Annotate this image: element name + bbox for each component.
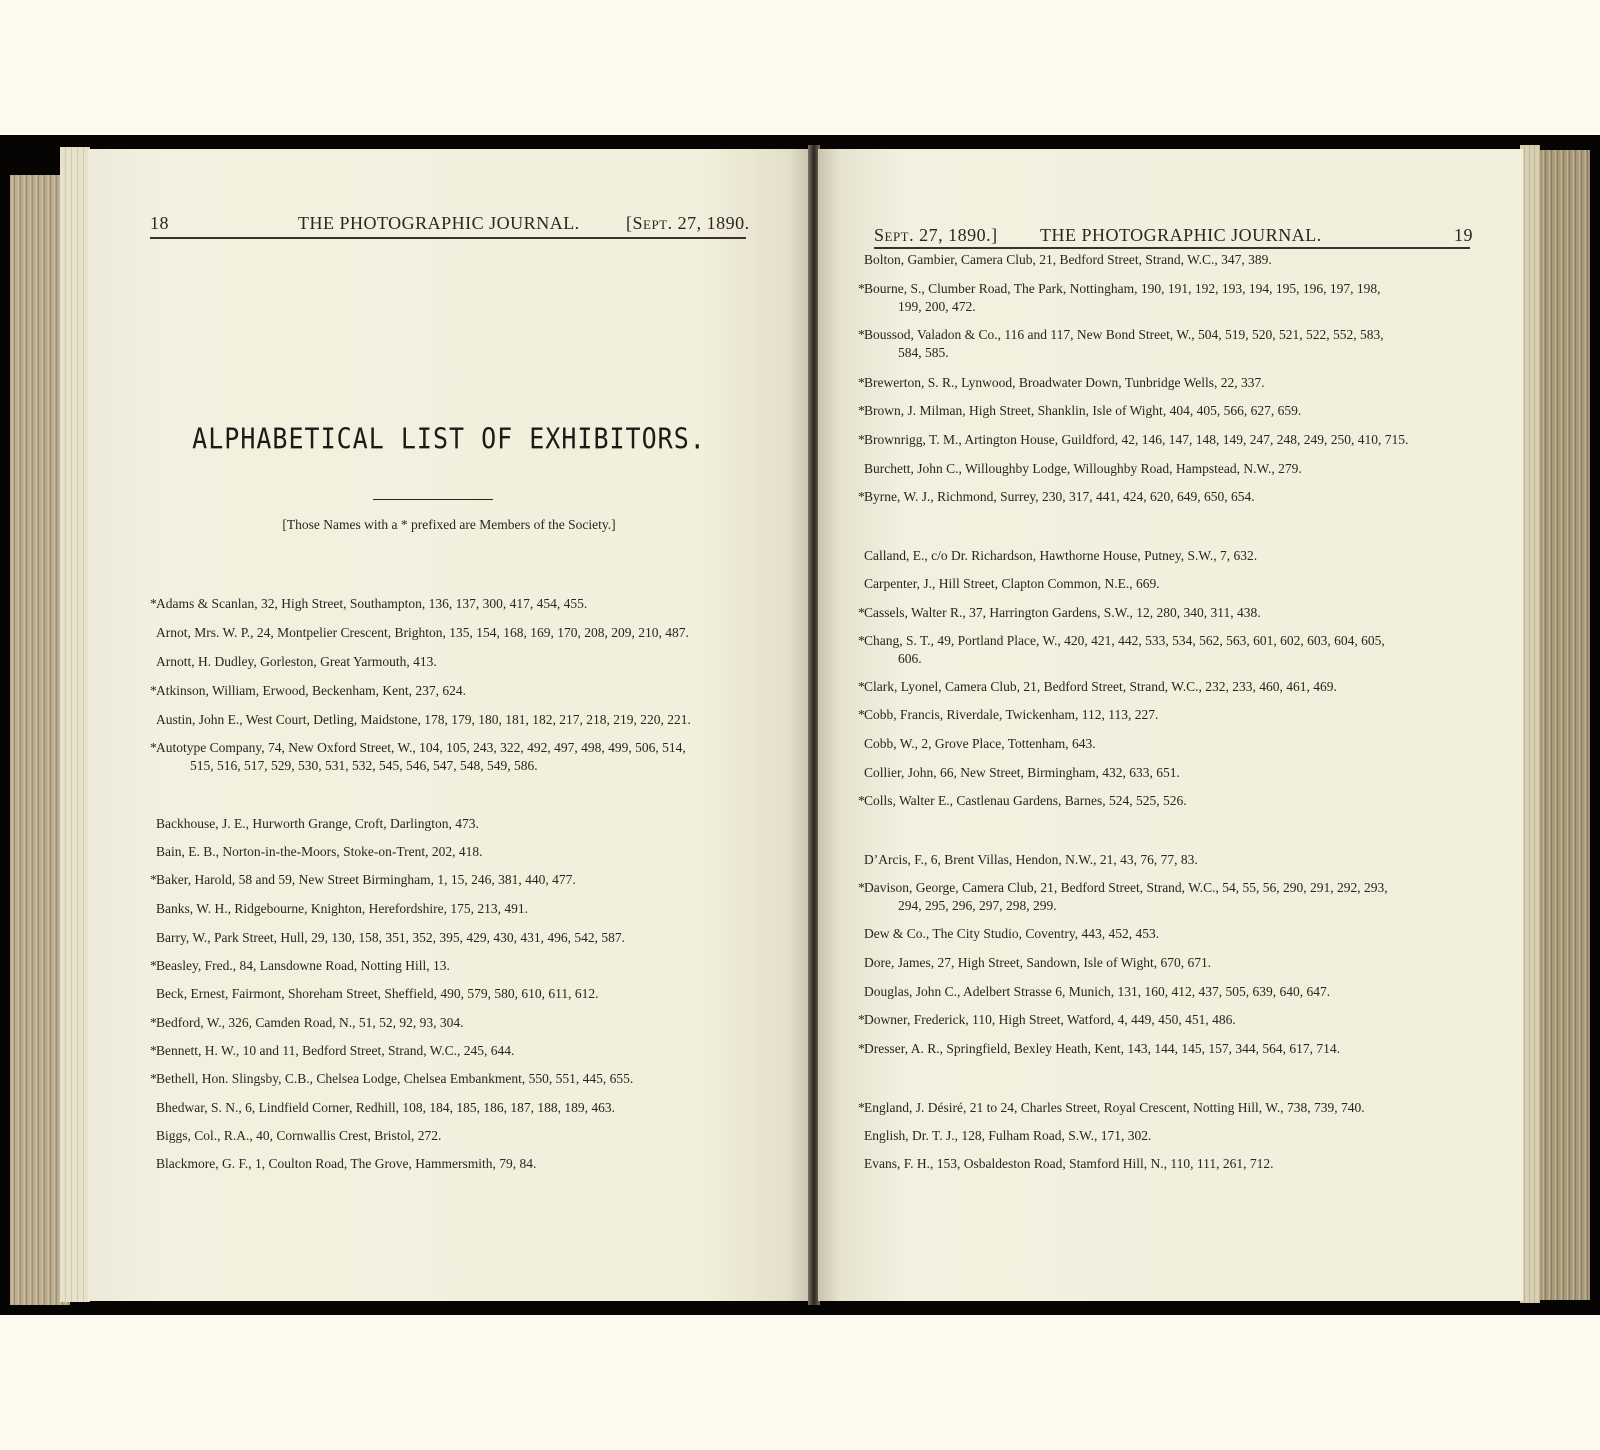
entry-text: Austin, John E., West Court, Detling, Ma… bbox=[156, 712, 691, 727]
journal-title: THE PHOTOGRAPHIC JOURNAL. bbox=[1040, 225, 1322, 246]
entry-text: Cobb, W., 2, Grove Place, Tottenham, 643… bbox=[864, 736, 1096, 751]
exhibitor-entry: *Cassels, Walter R., 37, Harrington Gard… bbox=[866, 604, 1476, 622]
exhibitor-entry: Beck, Ernest, Fairmont, Shoreham Street,… bbox=[158, 985, 778, 1003]
entry-text: Dresser, A. R., Springfield, Bexley Heat… bbox=[864, 1041, 1340, 1056]
journal-title: THE PHOTOGRAPHIC JOURNAL. bbox=[298, 213, 580, 234]
exhibitor-entry: Collier, John, 66, New Street, Birmingha… bbox=[866, 764, 1476, 782]
exhibitor-entry: Banks, W. H., Ridgebourne, Knighton, Her… bbox=[158, 900, 778, 918]
exhibitor-entry: Evans, F. H., 153, Osbaldeston Road, Sta… bbox=[866, 1155, 1476, 1173]
title-rule bbox=[373, 499, 493, 500]
entry-text: Byrne, W. J., Richmond, Surrey, 230, 317… bbox=[864, 489, 1255, 504]
exhibitor-entry: *Byrne, W. J., Richmond, Surrey, 230, 31… bbox=[866, 488, 1476, 506]
entry-text: Calland, E., c/o Dr. Richardson, Hawthor… bbox=[864, 548, 1257, 563]
entry-text: Colls, Walter E., Castlenau Gardens, Bar… bbox=[864, 793, 1187, 808]
entry-text: Arnot, Mrs. W. P., 24, Montpelier Cresce… bbox=[156, 625, 689, 640]
exhibitor-entry: *Beasley, Fred., 84, Lansdowne Road, Not… bbox=[158, 957, 778, 975]
exhibitor-entry: English, Dr. T. J., 128, Fulham Road, S.… bbox=[866, 1127, 1476, 1145]
exhibitor-entry: Douglas, John C., Adelbert Strasse 6, Mu… bbox=[866, 983, 1476, 1001]
entry-text: Clark, Lyonel, Camera Club, 21, Bedford … bbox=[864, 679, 1337, 694]
exhibitor-entry: *Brown, J. Milman, High Street, Shanklin… bbox=[866, 402, 1476, 420]
entry-text: Biggs, Col., R.A., 40, Cornwallis Crest,… bbox=[156, 1128, 441, 1143]
entry-text: Cassels, Walter R., 37, Harrington Garde… bbox=[864, 605, 1261, 620]
entry-text: Collier, John, 66, New Street, Birmingha… bbox=[864, 765, 1180, 780]
entry-text: Beasley, Fred., 84, Lansdowne Road, Nott… bbox=[156, 958, 450, 973]
entry-text: Burchett, John C., Willoughby Lodge, Wil… bbox=[864, 461, 1302, 476]
entry-text: Autotype Company, 74, New Oxford Street,… bbox=[156, 740, 686, 755]
entry-text: Davison, George, Camera Club, 21, Bedfor… bbox=[864, 880, 1388, 895]
entry-text: Blackmore, G. F., 1, Coulton Road, The G… bbox=[156, 1156, 536, 1171]
exhibitor-entry: *Cobb, Francis, Riverdale, Twickenham, 1… bbox=[866, 706, 1476, 724]
entry-text: Cobb, Francis, Riverdale, Twickenham, 11… bbox=[864, 707, 1158, 722]
membership-note: [Those Names with a * prefixed are Membe… bbox=[88, 517, 810, 533]
exhibitor-entry: *Autotype Company, 74, New Oxford Street… bbox=[158, 739, 778, 775]
entry-text: Adams & Scanlan, 32, High Street, Southa… bbox=[156, 596, 587, 611]
entry-text: Carpenter, J., Hill Street, Clapton Comm… bbox=[864, 576, 1160, 591]
page-number: 19 bbox=[1454, 225, 1473, 246]
entry-continuation: 199, 200, 472. bbox=[866, 298, 1476, 316]
entry-text: Baker, Harold, 58 and 59, New Street Bir… bbox=[156, 872, 576, 887]
exhibitor-entry: *England, J. Désiré, 21 to 24, Charles S… bbox=[866, 1099, 1476, 1117]
entry-text: Brewerton, S. R., Lynwood, Broadwater Do… bbox=[864, 375, 1265, 390]
right-leaf-stack bbox=[1520, 145, 1540, 1303]
entry-text: Backhouse, J. E., Hurworth Grange, Croft… bbox=[156, 816, 479, 831]
entry-text: Barry, W., Park Street, Hull, 29, 130, 1… bbox=[156, 930, 625, 945]
left-page: 18 THE PHOTOGRAPHIC JOURNAL. [Sept. 27, … bbox=[88, 149, 810, 1301]
entry-text: Dore, James, 27, High Street, Sandown, I… bbox=[864, 955, 1211, 970]
exhibitor-entry: Calland, E., c/o Dr. Richardson, Hawthor… bbox=[866, 547, 1476, 565]
page-number: 18 bbox=[150, 213, 169, 234]
exhibitor-entry: *Downer, Frederick, 110, High Street, Wa… bbox=[866, 1011, 1476, 1029]
exhibitor-entry: *Baker, Harold, 58 and 59, New Street Bi… bbox=[158, 871, 778, 889]
exhibitor-entry: Austin, John E., West Court, Detling, Ma… bbox=[158, 711, 778, 729]
entry-text: Brownrigg, T. M., Artington House, Guild… bbox=[864, 432, 1408, 447]
entry-text: Dew & Co., The City Studio, Coventry, 44… bbox=[864, 926, 1159, 941]
page-title: ALPHABETICAL LIST OF EXHIBITORS. bbox=[88, 422, 810, 455]
entry-text: Evans, F. H., 153, Osbaldeston Road, Sta… bbox=[864, 1156, 1274, 1171]
entry-text: English, Dr. T. J., 128, Fulham Road, S.… bbox=[864, 1128, 1151, 1143]
entry-continuation: 606. bbox=[866, 650, 1476, 668]
exhibitor-entry: Bain, E. B., Norton-in-the-Moors, Stoke-… bbox=[158, 843, 778, 861]
header-rule bbox=[150, 237, 746, 239]
exhibitor-entry: *Adams & Scanlan, 32, High Street, South… bbox=[158, 595, 778, 613]
exhibitor-entry: *Bennett, H. W., 10 and 11, Bedford Stre… bbox=[158, 1042, 778, 1060]
exhibitor-entry: *Boussod, Valadon & Co., 116 and 117, Ne… bbox=[866, 326, 1476, 362]
exhibitor-entry: Biggs, Col., R.A., 40, Cornwallis Crest,… bbox=[158, 1127, 778, 1145]
exhibitor-entry: *Davison, George, Camera Club, 21, Bedfo… bbox=[866, 879, 1476, 915]
exhibitor-entry: Blackmore, G. F., 1, Coulton Road, The G… bbox=[158, 1155, 778, 1173]
exhibitor-entry: *Clark, Lyonel, Camera Club, 21, Bedford… bbox=[866, 678, 1476, 696]
exhibitor-entry: Backhouse, J. E., Hurworth Grange, Croft… bbox=[158, 815, 778, 833]
right-page-edges bbox=[1535, 150, 1590, 1300]
entry-text: Douglas, John C., Adelbert Strasse 6, Mu… bbox=[864, 984, 1330, 999]
entry-text: Banks, W. H., Ridgebourne, Knighton, Her… bbox=[156, 901, 528, 916]
exhibitor-entry: Dore, James, 27, High Street, Sandown, I… bbox=[866, 954, 1476, 972]
entry-text: Boussod, Valadon & Co., 116 and 117, New… bbox=[864, 327, 1384, 342]
exhibitor-entry: *Chang, S. T., 49, Portland Place, W., 4… bbox=[866, 632, 1476, 668]
exhibitor-entry: Barry, W., Park Street, Hull, 29, 130, 1… bbox=[158, 929, 778, 947]
entry-text: Bourne, S., Clumber Road, The Park, Nott… bbox=[864, 281, 1380, 296]
left-leaf-stack bbox=[60, 147, 90, 1302]
exhibitor-entry: *Brewerton, S. R., Lynwood, Broadwater D… bbox=[866, 374, 1476, 392]
exhibitor-entry: Bolton, Gambier, Camera Club, 21, Bedfor… bbox=[866, 251, 1476, 269]
exhibitor-entry: *Brownrigg, T. M., Artington House, Guil… bbox=[866, 431, 1476, 449]
entry-text: Bedford, W., 326, Camden Road, N., 51, 5… bbox=[156, 1015, 463, 1030]
issue-date: [Sept. 27, 1890. bbox=[626, 213, 750, 234]
exhibitor-entry: Dew & Co., The City Studio, Coventry, 44… bbox=[866, 925, 1476, 943]
exhibitor-entry: *Bedford, W., 326, Camden Road, N., 51, … bbox=[158, 1014, 778, 1032]
exhibitor-entry: Arnot, Mrs. W. P., 24, Montpelier Cresce… bbox=[158, 624, 778, 642]
entry-text: Bhedwar, S. N., 6, Lindfield Corner, Red… bbox=[156, 1100, 615, 1115]
header-rule bbox=[874, 247, 1470, 249]
exhibitor-entry: *Colls, Walter E., Castlenau Gardens, Ba… bbox=[866, 792, 1476, 810]
exhibitor-entry: *Dresser, A. R., Springfield, Bexley Hea… bbox=[866, 1040, 1476, 1058]
entry-text: Bolton, Gambier, Camera Club, 21, Bedfor… bbox=[864, 252, 1272, 267]
exhibitor-entry: Arnott, H. Dudley, Gorleston, Great Yarm… bbox=[158, 653, 778, 671]
open-book: 18 THE PHOTOGRAPHIC JOURNAL. [Sept. 27, … bbox=[0, 135, 1600, 1315]
entry-text: Beck, Ernest, Fairmont, Shoreham Street,… bbox=[156, 986, 598, 1001]
entry-text: Atkinson, William, Erwood, Beckenham, Ke… bbox=[156, 683, 466, 698]
entry-continuation: 584, 585. bbox=[866, 344, 1476, 362]
exhibitor-entry: *Atkinson, William, Erwood, Beckenham, K… bbox=[158, 682, 778, 700]
entry-text: Arnott, H. Dudley, Gorleston, Great Yarm… bbox=[156, 654, 437, 669]
entry-text: Chang, S. T., 49, Portland Place, W., 42… bbox=[864, 633, 1385, 648]
entry-text: England, J. Désiré, 21 to 24, Charles St… bbox=[864, 1100, 1365, 1115]
issue-date: Sept. 27, 1890.] bbox=[874, 225, 998, 246]
entry-text: Bennett, H. W., 10 and 11, Bedford Stree… bbox=[156, 1043, 514, 1058]
exhibitor-entry: *Bethell, Hon. Slingsby, C.B., Chelsea L… bbox=[158, 1070, 778, 1088]
entry-text: Brown, J. Milman, High Street, Shanklin,… bbox=[864, 403, 1301, 418]
entry-text: D’Arcis, F., 6, Brent Villas, Hendon, N.… bbox=[864, 852, 1198, 867]
exhibitor-entry: *Bourne, S., Clumber Road, The Park, Not… bbox=[866, 280, 1476, 316]
entry-text: Downer, Frederick, 110, High Street, Wat… bbox=[864, 1012, 1236, 1027]
exhibitor-entry: Cobb, W., 2, Grove Place, Tottenham, 643… bbox=[866, 735, 1476, 753]
entry-text: Bethell, Hon. Slingsby, C.B., Chelsea Lo… bbox=[156, 1071, 633, 1086]
exhibitor-entry: Bhedwar, S. N., 6, Lindfield Corner, Red… bbox=[158, 1099, 778, 1117]
exhibitor-entry: D’Arcis, F., 6, Brent Villas, Hendon, N.… bbox=[866, 851, 1476, 869]
right-page: Sept. 27, 1890.] THE PHOTOGRAPHIC JOURNA… bbox=[818, 149, 1523, 1301]
entry-continuation: 515, 516, 517, 529, 530, 531, 532, 545, … bbox=[158, 757, 778, 775]
exhibitor-entry: Carpenter, J., Hill Street, Clapton Comm… bbox=[866, 575, 1476, 593]
entry-text: Bain, E. B., Norton-in-the-Moors, Stoke-… bbox=[156, 844, 482, 859]
exhibitor-entry: Burchett, John C., Willoughby Lodge, Wil… bbox=[866, 460, 1476, 478]
entry-continuation: 294, 295, 296, 297, 298, 299. bbox=[866, 897, 1476, 915]
